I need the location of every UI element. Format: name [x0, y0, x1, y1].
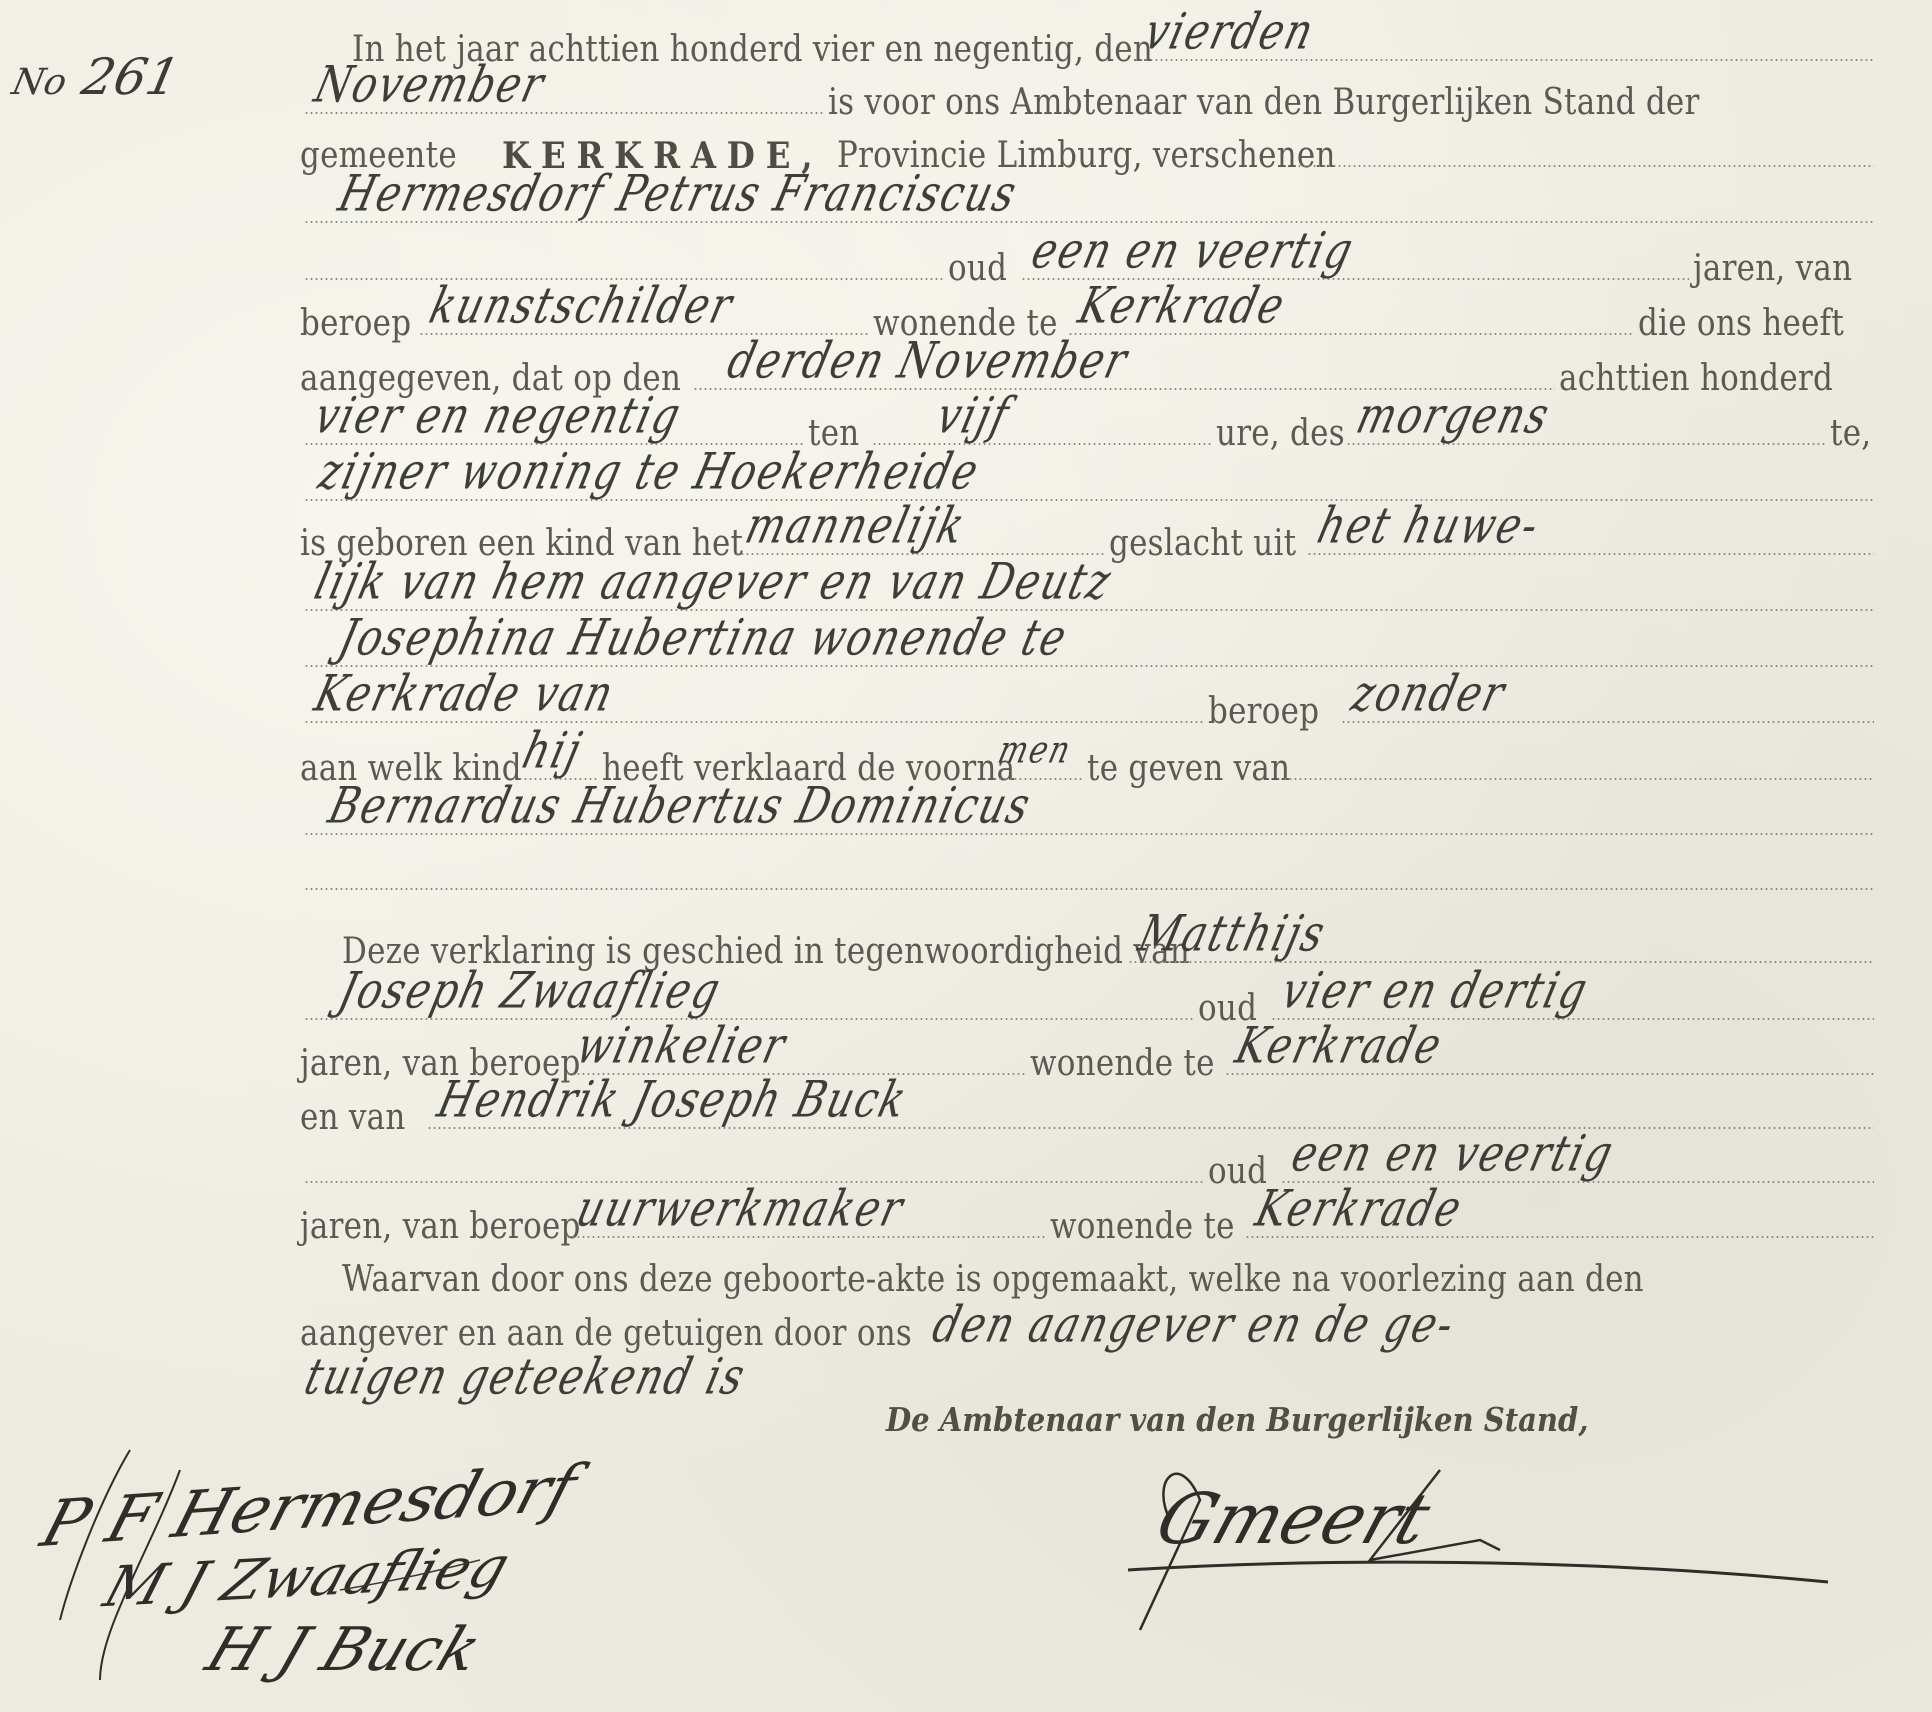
line-child-name: Bernardus Hubertus Dominicus	[300, 790, 1878, 844]
printed-text: die ons heeft	[1638, 304, 1844, 344]
handwritten-birth-place: zijner woning te Hoekerheide	[314, 447, 985, 497]
fill-line-witness1-residence: Kerkrade	[1225, 1073, 1874, 1075]
handwritten-witness1-age: vier en dertig	[1277, 966, 1593, 1016]
handwritten-declarant-name: Hermesdorf Petrus Franciscus	[334, 169, 1022, 219]
fill-line-mother-occupation: zonder	[1341, 721, 1874, 723]
handwritten-suffix: men	[993, 726, 1077, 776]
record-number-label: No	[8, 62, 70, 103]
printed-text: en van	[300, 1098, 406, 1138]
record-number: No 261	[8, 48, 185, 106]
line-witness2-occupation: jaren, van beroep uurwerkmaker wonende t…	[300, 1193, 1878, 1247]
handwritten-signing-note-cont: tuigen geteekend is	[300, 1352, 751, 1402]
line-witness2-name: en van Hendrik Joseph Buck	[300, 1084, 1878, 1138]
printed-text: oud	[948, 249, 1007, 289]
fill-line-empty	[304, 888, 1874, 890]
handwritten-slot: den aangever en de ge-	[922, 1300, 1878, 1354]
handwritten-slot: tuigen geteekend is	[300, 1352, 1878, 1406]
printed-text: oud	[1208, 1152, 1267, 1192]
printed-text: ure, des	[1216, 414, 1345, 454]
fill-line-month: November	[304, 112, 824, 114]
record-number-value: 261	[77, 48, 185, 106]
handwritten-witness1-occupation: winkelier	[572, 1021, 792, 1071]
handwritten-witness1-residence: Kerkrade	[1231, 1021, 1448, 1071]
fill-line-child-name: Bernardus Hubertus Dominicus	[304, 833, 1874, 835]
line-closing-1: Waarvan door ons deze geboorte-akte is o…	[300, 1246, 1878, 1300]
fill-line-residence: Kerkrade	[1068, 333, 1634, 335]
handwritten-witness2-residence: Kerkrade	[1251, 1184, 1468, 1234]
handwritten-age: een en veertig	[1027, 226, 1359, 276]
fill-line-day: vierden	[1134, 59, 1875, 61]
handwritten-parents: lijk van hem aangever en van Deutz	[310, 557, 1117, 607]
line-birth-place: zijner woning te Hoekerheide	[300, 456, 1878, 510]
line-month: November is voor ons Ambtenaar van den B…	[300, 69, 1878, 123]
handwritten-occupation: kunstschilder	[425, 281, 739, 331]
handwritten-hour: vijf	[932, 391, 1015, 441]
printed-text: wonende te	[1050, 1207, 1235, 1247]
printed-text: geslacht uit	[1109, 524, 1296, 564]
fill-line-marriage: het huwe-	[1307, 553, 1874, 555]
handwritten-month: November	[310, 60, 550, 110]
fill-line-daypart: morgens	[1346, 443, 1826, 445]
handwritten-residence: Kerkrade	[1074, 281, 1291, 331]
handwritten-birth-date: derden November	[723, 336, 1133, 386]
handwritten-witness2-occupation: uurwerkmaker	[572, 1184, 909, 1234]
fill-line-mother-residence: Kerkrade van	[304, 721, 1204, 723]
printed-text: te,	[1830, 414, 1871, 454]
official-title: De Ambtenaar van den Burgerlijken Stand,	[886, 1400, 1588, 1439]
handwritten-year-words: vier en negentig	[310, 391, 686, 441]
fill-line	[1283, 778, 1874, 780]
line-closing-3: tuigen geteekend is	[300, 1352, 1878, 1406]
handwritten-witness1-first: Matthijs	[1134, 909, 1331, 959]
handwritten-mother-name: Josephina Hubertina wonende te	[334, 613, 1073, 663]
line-closing-2: aangever en aan de getuigen door ons den…	[300, 1300, 1878, 1354]
printed-text: beroep	[300, 304, 411, 344]
line-witness2-age: oud een en veertig	[300, 1138, 1878, 1192]
printed-text: achttien honderd	[1559, 359, 1833, 399]
printed-text: jaren, van beroep	[300, 1207, 581, 1247]
handwritten-daypart: morgens	[1352, 391, 1555, 441]
printed-text: Waarvan door ons deze geboorte-akte is o…	[342, 1260, 1644, 1300]
fill-line-witness2-occupation: uurwerkmaker	[566, 1236, 1046, 1238]
birth-certificate-page: No 261 In het jaar achttien honderd vier…	[0, 0, 1932, 1712]
printed-text: is voor ons Ambtenaar van den Burgerlijk…	[828, 83, 1700, 123]
handwritten-mother-occupation: zonder	[1347, 669, 1511, 719]
printed-text: te geven van	[1087, 749, 1290, 789]
handwritten-pronoun: hij	[518, 726, 587, 776]
handwritten-day: vierden	[1140, 7, 1320, 57]
handwritten-witness1-name: Joseph Zwaaflieg	[334, 966, 726, 1016]
signature-flourish	[1020, 1440, 1920, 1680]
handwritten-witness2-age: een en veertig	[1287, 1129, 1619, 1179]
handwritten-signing-note: den aangever en de ge-	[928, 1300, 1460, 1350]
handwritten-mother-residence: Kerkrade van	[310, 669, 619, 719]
fill-line-witness2-name: Hendrik Joseph Buck	[427, 1127, 1874, 1129]
signature-flourish-witnesses	[40, 1440, 600, 1710]
fill-line-witness2-residence: Kerkrade	[1245, 1236, 1874, 1238]
line-blank	[300, 845, 1878, 899]
handwritten-witness2-name: Hendrik Joseph Buck	[433, 1075, 912, 1125]
handwritten-child-name: Bernardus Hubertus Dominicus	[324, 781, 1036, 831]
handwritten-sex: mannelijk	[741, 501, 971, 551]
fill-line-birth-place: zijner woning te Hoekerheide	[304, 499, 1874, 501]
handwritten-marriage: het huwe-	[1313, 501, 1545, 551]
printed-text: beroep	[1208, 692, 1319, 732]
printed-text: wonende te	[1030, 1044, 1215, 1084]
printed-text: jaren, van	[1693, 249, 1852, 289]
fill-line	[1297, 165, 1874, 167]
line-witness1-name: Joseph Zwaaflieg oud vier en dertig	[300, 975, 1878, 1029]
